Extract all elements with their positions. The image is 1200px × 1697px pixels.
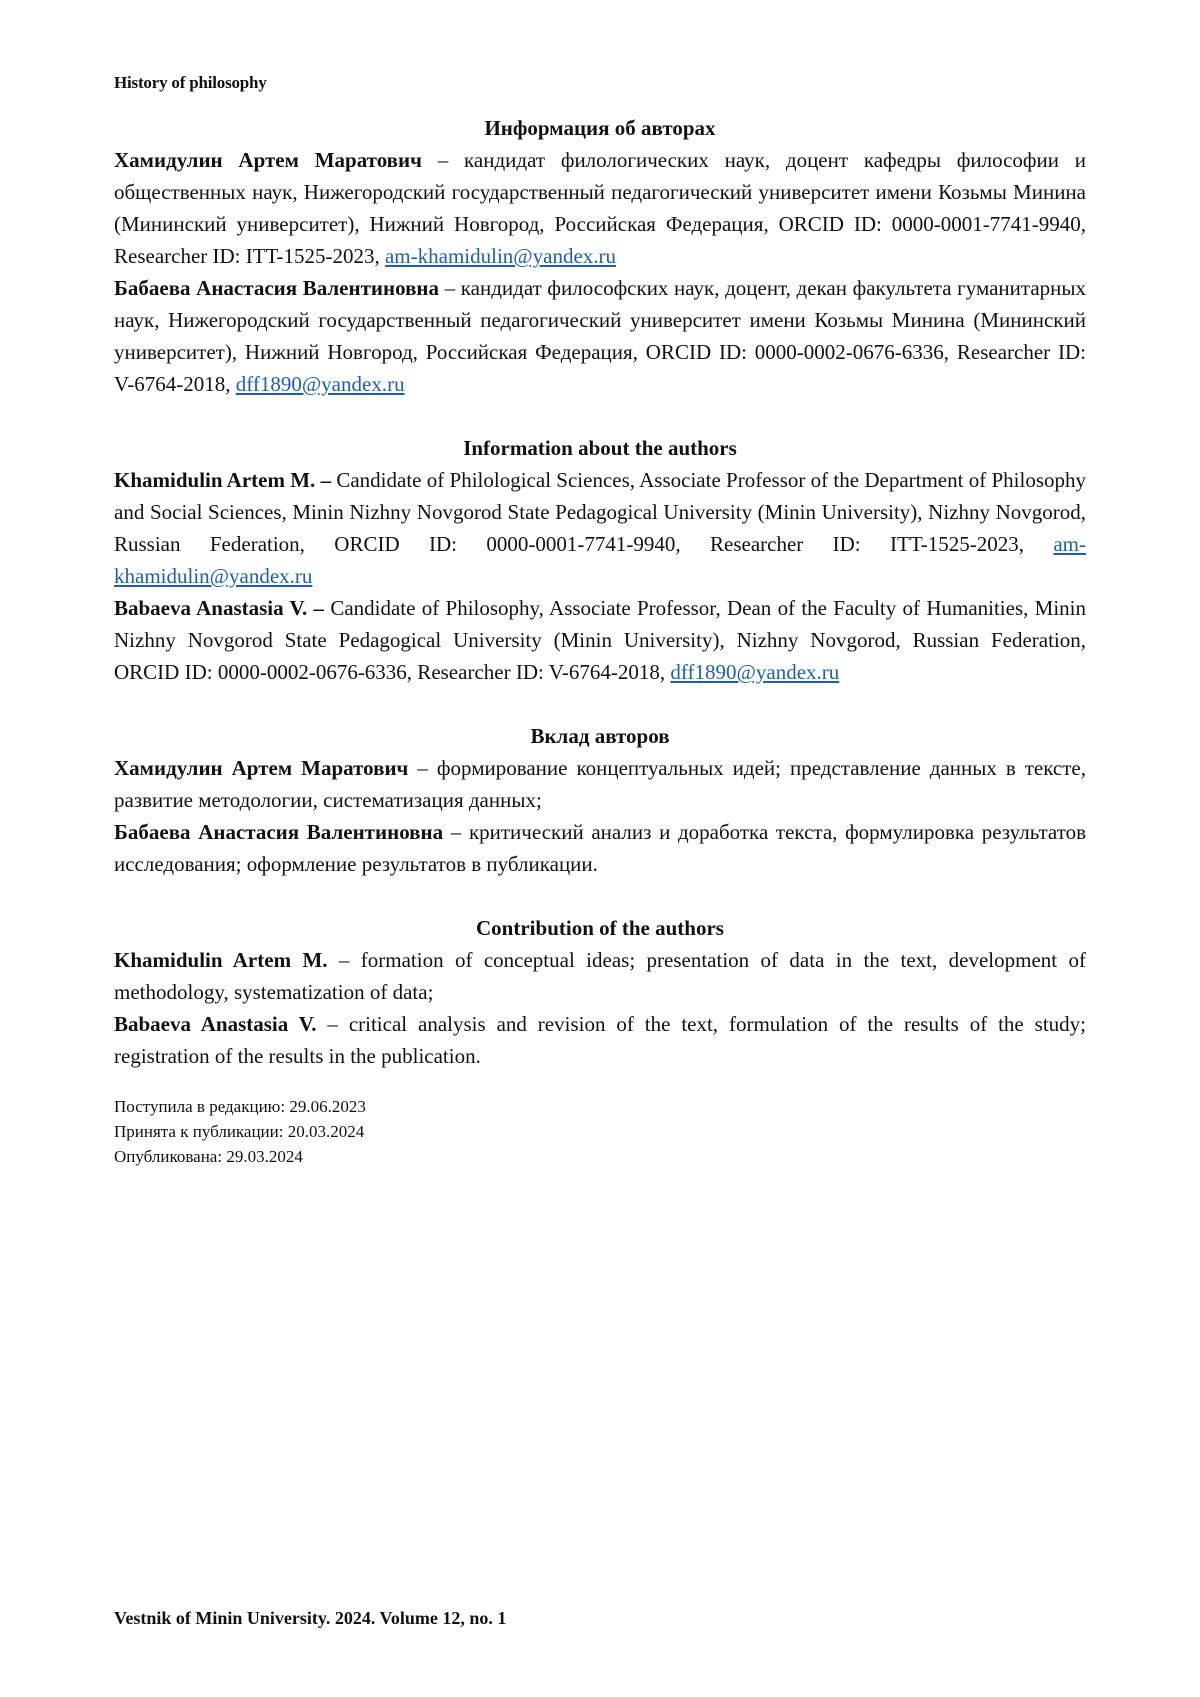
accepted-date: Принята к публикации: 20.03.2024 <box>114 1119 1086 1144</box>
separator: – <box>408 756 437 780</box>
author-email-link[interactable]: dff1890@yandex.ru <box>670 660 839 684</box>
received-date: Поступила в редакцию: 29.06.2023 <box>114 1094 1086 1119</box>
en-contribution-section: Contribution of the authors Khamidulin A… <box>114 912 1086 1072</box>
author-name: Babaeva Anastasia V. <box>114 1012 317 1036</box>
separator: – <box>328 948 361 972</box>
author-name: Khamidulin Artem M. – <box>114 468 331 492</box>
ru-contribution-section: Вклад авторов Хамидулин Артем Маратович … <box>114 720 1086 880</box>
en-contribution-title: Contribution of the authors <box>114 912 1086 944</box>
author-name: Babaeva Anastasia V. – <box>114 596 324 620</box>
running-header-section: History of philosophy <box>114 73 267 93</box>
ru-authors-title: Информация об авторах <box>114 112 1086 144</box>
ru-contribution-entry: Хамидулин Артем Маратович – формирование… <box>114 752 1086 816</box>
ru-author-entry: Бабаева Анастасия Валентиновна – кандида… <box>114 272 1086 400</box>
author-name: Бабаева Анастасия Валентиновна <box>114 276 439 300</box>
author-email-link[interactable]: am-khamidulin@yandex.ru <box>385 244 616 268</box>
author-name: Хамидулин Артем Маратович <box>114 148 422 172</box>
publication-dates: Поступила в редакцию: 29.06.2023 Принята… <box>114 1094 1086 1169</box>
author-name: Бабаева Анастасия Валентиновна <box>114 820 443 844</box>
en-authors-section: Information about the authors Khamidulin… <box>114 432 1086 688</box>
en-contribution-entry: Babaeva Anastasia V. – critical analysis… <box>114 1008 1086 1072</box>
en-contribution-entry: Khamidulin Artem M. – formation of conce… <box>114 944 1086 1008</box>
page-content: Информация об авторах Хамидулин Артем Ма… <box>114 112 1086 1169</box>
published-date: Опубликована: 29.03.2024 <box>114 1144 1086 1169</box>
separator: – <box>317 1012 349 1036</box>
ru-contribution-title: Вклад авторов <box>114 720 1086 752</box>
author-name: Khamidulin Artem M. <box>114 948 328 972</box>
author-email-link[interactable]: dff1890@yandex.ru <box>236 372 405 396</box>
ru-contribution-entry: Бабаева Анастасия Валентиновна – критиче… <box>114 816 1086 880</box>
separator: – <box>443 820 469 844</box>
en-author-entry: Khamidulin Artem M. – Candidate of Philo… <box>114 464 1086 592</box>
running-footer-journal: Vestnik of Minin University. 2024. Volum… <box>114 1608 506 1629</box>
separator: – <box>439 276 461 300</box>
author-name: Хамидулин Артем Маратович <box>114 756 408 780</box>
spacer <box>114 688 1086 720</box>
spacer <box>114 400 1086 432</box>
ru-author-entry: Хамидулин Артем Маратович – кандидат фил… <box>114 144 1086 272</box>
ru-authors-section: Информация об авторах Хамидулин Артем Ма… <box>114 112 1086 400</box>
separator: – <box>422 148 464 172</box>
en-author-entry: Babaeva Anastasia V. – Candidate of Phil… <box>114 592 1086 688</box>
en-authors-title: Information about the authors <box>114 432 1086 464</box>
spacer <box>114 880 1086 912</box>
